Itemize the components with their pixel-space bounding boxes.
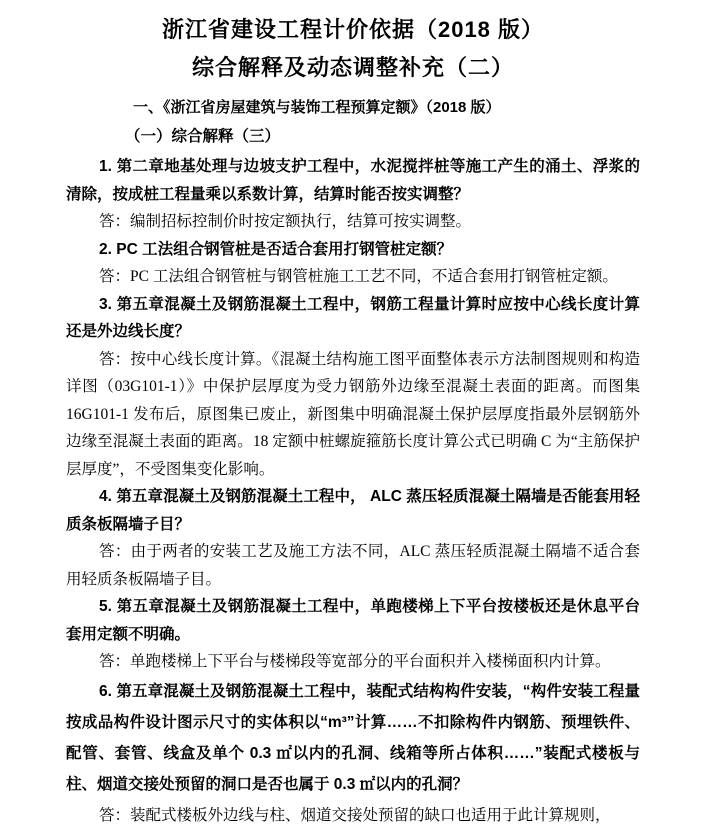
document-title-line-2: 综合解释及动态调整补充（二） xyxy=(66,52,640,84)
question-paragraph: 5. 第五章混凝土及钢筋混凝土工程中，单跑楼梯上下平台按楼板还是休息平台套用定额… xyxy=(66,593,640,648)
answer-paragraph: 答：按中心线长度计算。《混凝土结构施工图平面整体表示方法制图规则和构造详图（03… xyxy=(66,346,640,484)
question-paragraph: 3. 第五章混凝土及钢筋混凝土工程中，钢筋工程量计算时应按中心线长度计算还是外边… xyxy=(66,291,640,346)
document-title-line-1: 浙江省建设工程计价依据（2018 版） xyxy=(66,14,640,46)
answer-paragraph: 答：编制招标控制价时按定额执行，结算可按实调整。 xyxy=(66,208,640,236)
answer-paragraph: 答：装配式楼板外边线与柱、烟道交接处预留的缺口也适用于此计算规则， xyxy=(66,800,640,831)
section-heading: 一、《浙江省房屋建筑与装饰工程预算定额》（2018 版） xyxy=(66,97,640,119)
question-paragraph: 1. 第二章地基处理与边坡支护工程中，水泥搅拌桩等施工产生的涌土、浮浆的清除，按… xyxy=(66,153,640,208)
question-paragraph: 6. 第五章混凝土及钢筋混凝土工程中，装配式结构构件安装，“构件安装工程量按成品… xyxy=(66,676,640,800)
answer-paragraph: 答：由于两者的安装工艺及施工方法不同，ALC 蒸压轻质混凝土隔墙不适合套用轻质条… xyxy=(66,538,640,593)
document-page: 浙江省建设工程计价依据（2018 版） 综合解释及动态调整补充（二） 一、《浙江… xyxy=(0,0,706,839)
qa-list: 1. 第二章地基处理与边坡支护工程中，水泥搅拌桩等施工产生的涌土、浮浆的清除，按… xyxy=(66,153,640,831)
answer-paragraph: 答：PC 工法组合钢管桩与钢管桩施工工艺不同，不适合套用打钢管桩定额。 xyxy=(66,263,640,291)
question-paragraph: 4. 第五章混凝土及钢筋混凝土工程中， ALC 蒸压轻质混凝土隔墙是否能套用轻质… xyxy=(66,483,640,538)
question-paragraph: 2. PC 工法组合钢管桩是否适合套用打钢管桩定额？ xyxy=(66,236,640,264)
answer-paragraph: 答：单跑楼梯上下平台与楼梯段等宽部分的平台面积并入楼梯面积内计算。 xyxy=(66,648,640,676)
subsection-heading: （一）综合解释（三） xyxy=(66,126,640,148)
